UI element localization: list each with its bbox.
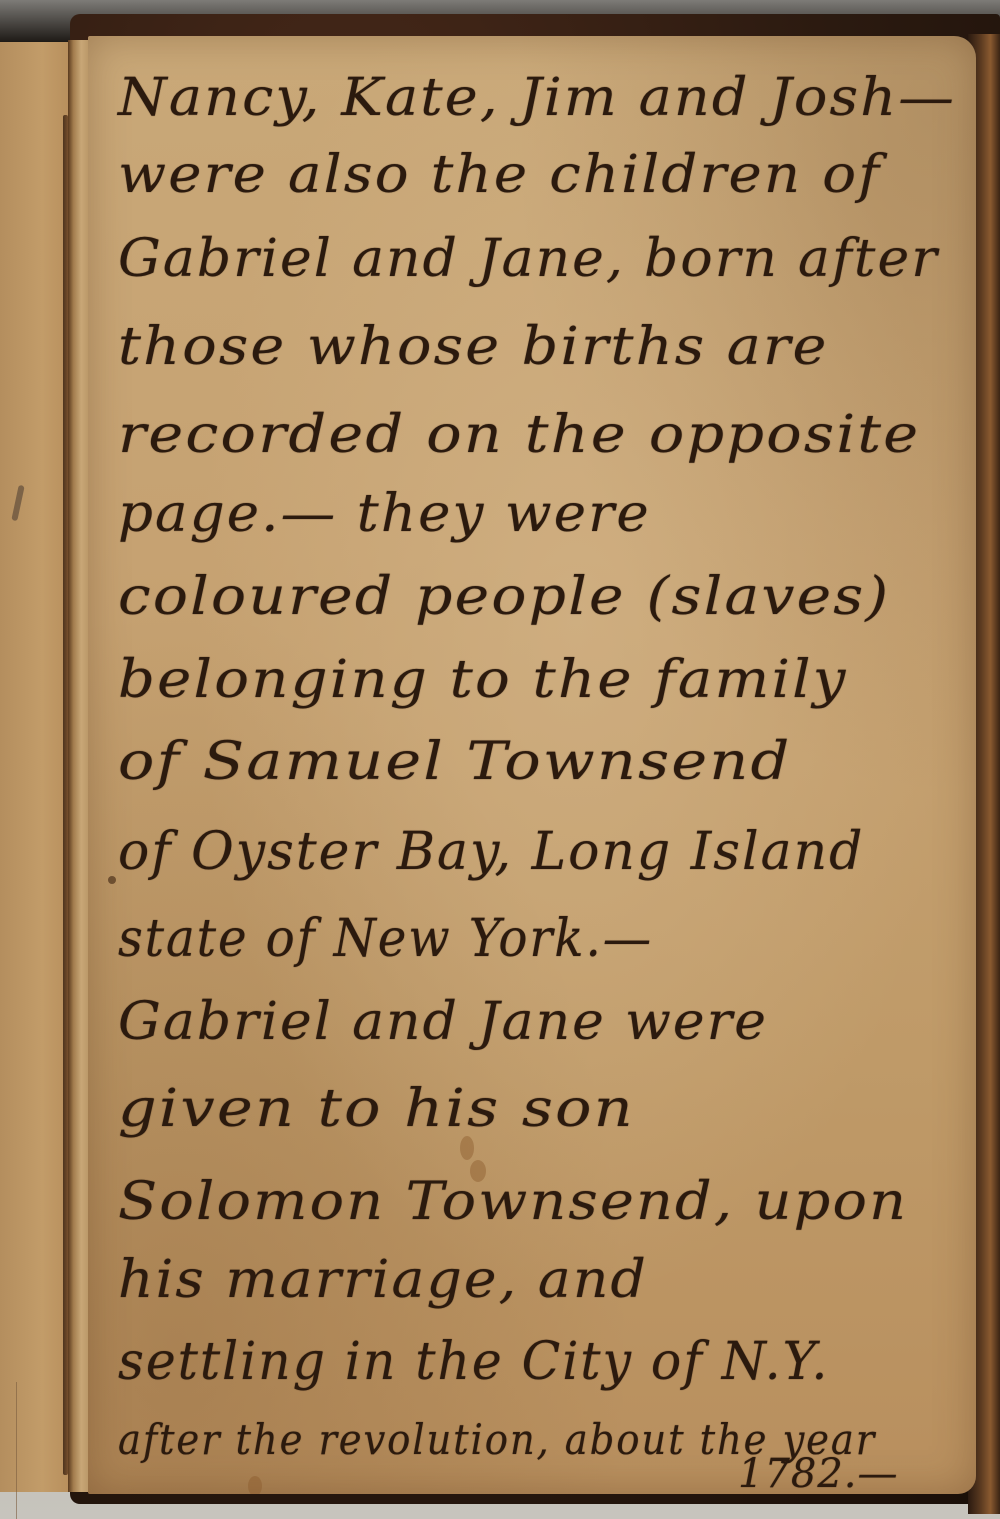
handwritten-text: Nancy, Kate, Jim and Josh— were also the…: [88, 36, 976, 1494]
manuscript-line: given to his son: [118, 1083, 635, 1135]
manuscript-page: Nancy, Kate, Jim and Josh— were also the…: [88, 36, 976, 1494]
manuscript-line: Gabriel and Jane were: [118, 996, 768, 1048]
manuscript-line: settling in the City of N.Y.: [118, 1336, 829, 1388]
binding-gutter: [68, 40, 90, 1492]
manuscript-line: Gabriel and Jane, born after: [118, 233, 939, 285]
manuscript-line: page.— they were: [118, 488, 651, 540]
manuscript-line: Nancy, Kate, Jim and Josh—: [118, 72, 956, 124]
gutter-crease: [63, 115, 68, 1475]
manuscript-line: state of New York.—: [118, 913, 653, 965]
flyleaf-rule: [16, 1382, 17, 1519]
manuscript-line: recorded on the opposite: [118, 409, 920, 461]
manuscript-line: belonging to the family: [118, 654, 848, 706]
margin-mark: [11, 485, 24, 521]
manuscript-line: were also the children of: [118, 149, 881, 201]
manuscript-line: of Samuel Townsend: [118, 736, 792, 788]
manuscript-line: Solomon Townsend, upon: [118, 1176, 908, 1228]
manuscript-date: 1782.—: [738, 1454, 899, 1494]
manuscript-line: coloured people (slaves): [118, 571, 890, 623]
left-flyleaf: [0, 42, 70, 1492]
manuscript-line: of Oyster Bay, Long Island: [118, 826, 864, 878]
manuscript-line: his marriage, and: [118, 1254, 648, 1306]
manuscript-line: those whose births are: [118, 321, 829, 373]
